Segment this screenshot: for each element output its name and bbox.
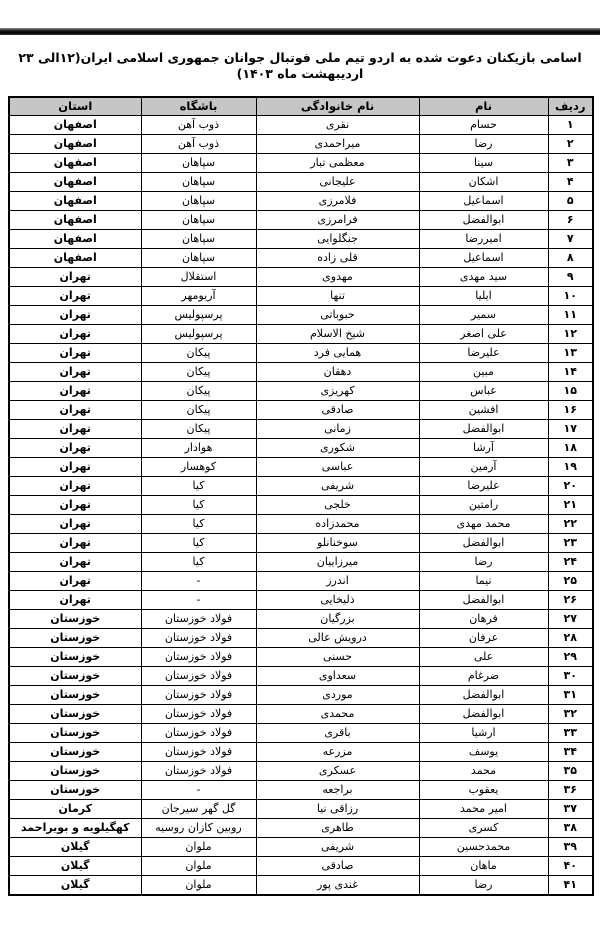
- cell-row-number: ۳۸: [548, 819, 593, 838]
- cell-club: فولاد خوزستان: [141, 648, 256, 667]
- cell-row-number: ۴۰: [548, 857, 593, 876]
- cell-last-name: صادقی: [256, 401, 419, 420]
- cell-row-number: ۲۲: [548, 515, 593, 534]
- cell-row-number: ۳۲: [548, 705, 593, 724]
- cell-last-name: کهریزی: [256, 382, 419, 401]
- cell-province: تهران: [9, 458, 141, 477]
- cell-province: اصفهان: [9, 249, 141, 268]
- cell-last-name: معظمی تبار: [256, 154, 419, 173]
- cell-province: اصفهان: [9, 230, 141, 249]
- table-row: ۲۶ ابوالفضل ذلیخایی - تهران: [9, 591, 593, 610]
- cell-last-name: سوخنانلو: [256, 534, 419, 553]
- cell-province: خوزستان: [9, 724, 141, 743]
- table-row: ۱۰ ایلیا تنها آریومهر تهران: [9, 287, 593, 306]
- cell-first-name: اسماعیل: [419, 249, 548, 268]
- cell-last-name: باقری: [256, 724, 419, 743]
- cell-club: فولاد خوزستان: [141, 705, 256, 724]
- cell-club: سپاهان: [141, 211, 256, 230]
- cell-row-number: ۱۲: [548, 325, 593, 344]
- cell-club: کیا: [141, 496, 256, 515]
- cell-first-name: فرهان: [419, 610, 548, 629]
- table-row: ۳۲ ابوالفضل محمدی فولاد خوزستان خوزستان: [9, 705, 593, 724]
- cell-row-number: ۳۰: [548, 667, 593, 686]
- cell-club: فولاد خوزستان: [141, 610, 256, 629]
- cell-first-name: ابوالفضل: [419, 591, 548, 610]
- cell-last-name: تنها: [256, 287, 419, 306]
- cell-first-name: یعقوب: [419, 781, 548, 800]
- cell-last-name: فلامرزی: [256, 192, 419, 211]
- table-row: ۳۷ امیر محمد رزاقی نیا گل گهر سیرجان کرم…: [9, 800, 593, 819]
- cell-last-name: حسنی: [256, 648, 419, 667]
- cell-province: تهران: [9, 439, 141, 458]
- cell-province: تهران: [9, 401, 141, 420]
- cell-province: تهران: [9, 363, 141, 382]
- cell-club: هوادار: [141, 439, 256, 458]
- cell-row-number: ۳۵: [548, 762, 593, 781]
- cell-first-name: کسری: [419, 819, 548, 838]
- cell-club: کوهسار: [141, 458, 256, 477]
- cell-last-name: علیجانی: [256, 173, 419, 192]
- cell-row-number: ۳۳: [548, 724, 593, 743]
- table-row: ۲۴ رضا میرزاییان کیا تهران: [9, 553, 593, 572]
- table-row: ۴۱ رضا غندی پور ملوان گیلان: [9, 876, 593, 895]
- cell-club: سپاهان: [141, 249, 256, 268]
- cell-club: گل گهر سیرجان: [141, 800, 256, 819]
- cell-row-number: ۱۱: [548, 306, 593, 325]
- table-row: ۱۸ آرشا شکوری هوادار تهران: [9, 439, 593, 458]
- cell-province: خوزستان: [9, 762, 141, 781]
- cell-first-name: مبین: [419, 363, 548, 382]
- cell-club: پرسپولیس: [141, 306, 256, 325]
- table-row: ۱ حسام نقری ذوب آهن اصفهان: [9, 116, 593, 135]
- cell-province: کرمان: [9, 800, 141, 819]
- cell-last-name: همایی فرد: [256, 344, 419, 363]
- cell-club: فولاد خوزستان: [141, 762, 256, 781]
- table-row: ۲۲ محمد مهدی محمدزاده کیا تهران: [9, 515, 593, 534]
- cell-club: ذوب آهن: [141, 116, 256, 135]
- cell-row-number: ۱۵: [548, 382, 593, 401]
- cell-club: پیکان: [141, 344, 256, 363]
- cell-row-number: ۲: [548, 135, 593, 154]
- cell-row-number: ۲۱: [548, 496, 593, 515]
- cell-first-name: امیررضا: [419, 230, 548, 249]
- cell-province: گیلان: [9, 838, 141, 857]
- table-row: ۳۳ ارشیا باقری فولاد خوزستان خوزستان: [9, 724, 593, 743]
- player-table-body: ۱ حسام نقری ذوب آهن اصفهان ۲ رضا میراحمد…: [9, 116, 593, 895]
- cell-last-name: غندی پور: [256, 876, 419, 895]
- cell-last-name: محمدزاده: [256, 515, 419, 534]
- cell-row-number: ۲۹: [548, 648, 593, 667]
- cell-last-name: طاهری: [256, 819, 419, 838]
- table-row: ۳۹ محمدحسین شریفی ملوان گیلان: [9, 838, 593, 857]
- cell-first-name: آرشا: [419, 439, 548, 458]
- cell-first-name: رضا: [419, 553, 548, 572]
- cell-last-name: مهدوی: [256, 268, 419, 287]
- cell-row-number: ۳۷: [548, 800, 593, 819]
- table-row: ۳ سینا معظمی تبار سپاهان اصفهان: [9, 154, 593, 173]
- table-row: ۱۵ عباس کهریزی پیکان تهران: [9, 382, 593, 401]
- cell-club: پرسپولیس: [141, 325, 256, 344]
- cell-club: پیکان: [141, 401, 256, 420]
- cell-row-number: ۳۱: [548, 686, 593, 705]
- cell-last-name: مزرعه: [256, 743, 419, 762]
- cell-first-name: رامتین: [419, 496, 548, 515]
- cell-province: اصفهان: [9, 154, 141, 173]
- cell-first-name: ارشیا: [419, 724, 548, 743]
- header-row-number: ردیف: [548, 97, 593, 116]
- cell-row-number: ۲۳: [548, 534, 593, 553]
- cell-last-name: خلجی: [256, 496, 419, 515]
- cell-province: تهران: [9, 344, 141, 363]
- cell-club: فولاد خوزستان: [141, 743, 256, 762]
- cell-province: خوزستان: [9, 610, 141, 629]
- cell-last-name: جنگلوایی: [256, 230, 419, 249]
- cell-last-name: اندرز: [256, 572, 419, 591]
- table-row: ۱۹ آرمین عباسی کوهسار تهران: [9, 458, 593, 477]
- cell-row-number: ۵: [548, 192, 593, 211]
- cell-first-name: ضرغام: [419, 667, 548, 686]
- header-first-name: نام: [419, 97, 548, 116]
- cell-club: ذوب آهن: [141, 135, 256, 154]
- cell-club: -: [141, 591, 256, 610]
- cell-row-number: ۳۹: [548, 838, 593, 857]
- cell-last-name: شیخ الاسلام: [256, 325, 419, 344]
- cell-club: روبین کازان روسیه: [141, 819, 256, 838]
- cell-first-name: یوسف: [419, 743, 548, 762]
- cell-last-name: موردی: [256, 686, 419, 705]
- cell-first-name: ابوالفضل: [419, 686, 548, 705]
- cell-club: ملوان: [141, 838, 256, 857]
- cell-first-name: سمیر: [419, 306, 548, 325]
- table-header: ردیف نام نام خانوادگی باشگاه استان: [9, 97, 593, 116]
- cell-province: اصفهان: [9, 192, 141, 211]
- cell-first-name: محمد: [419, 762, 548, 781]
- cell-last-name: صادقی: [256, 857, 419, 876]
- cell-club: کیا: [141, 515, 256, 534]
- cell-club: -: [141, 572, 256, 591]
- table-row: ۲۵ نیما اندرز - تهران: [9, 572, 593, 591]
- cell-last-name: میراحمدی: [256, 135, 419, 154]
- cell-last-name: بزرگیان: [256, 610, 419, 629]
- cell-province: خوزستان: [9, 648, 141, 667]
- cell-club: استقلال: [141, 268, 256, 287]
- cell-province: تهران: [9, 420, 141, 439]
- cell-province: خوزستان: [9, 705, 141, 724]
- cell-row-number: ۲۵: [548, 572, 593, 591]
- cell-last-name: شریفی: [256, 838, 419, 857]
- cell-club: فولاد خوزستان: [141, 686, 256, 705]
- cell-last-name: عباسی: [256, 458, 419, 477]
- cell-last-name: محمدی: [256, 705, 419, 724]
- cell-province: گیلان: [9, 876, 141, 895]
- table-row: ۲۷ فرهان بزرگیان فولاد خوزستان خوزستان: [9, 610, 593, 629]
- cell-first-name: ایلیا: [419, 287, 548, 306]
- cell-last-name: ذلیخایی: [256, 591, 419, 610]
- cell-province: تهران: [9, 477, 141, 496]
- cell-last-name: دهقان: [256, 363, 419, 382]
- cell-province: تهران: [9, 325, 141, 344]
- header-club: باشگاه: [141, 97, 256, 116]
- cell-first-name: اسماعیل: [419, 192, 548, 211]
- cell-province: تهران: [9, 553, 141, 572]
- cell-last-name: رزاقی نیا: [256, 800, 419, 819]
- cell-first-name: سینا: [419, 154, 548, 173]
- table-row: ۳۱ ابوالفضل موردی فولاد خوزستان خوزستان: [9, 686, 593, 705]
- cell-row-number: ۴: [548, 173, 593, 192]
- table-row: ۲ رضا میراحمدی ذوب آهن اصفهان: [9, 135, 593, 154]
- table-row: ۱۳ علیرضا همایی فرد پیکان تهران: [9, 344, 593, 363]
- cell-first-name: علی اصغر: [419, 325, 548, 344]
- cell-club: کیا: [141, 477, 256, 496]
- table-row: ۲۳ ابوالفضل سوخنانلو کیا تهران: [9, 534, 593, 553]
- cell-first-name: ابوالفضل: [419, 705, 548, 724]
- cell-first-name: ابوالفضل: [419, 534, 548, 553]
- cell-last-name: درویش عالی: [256, 629, 419, 648]
- cell-first-name: علی: [419, 648, 548, 667]
- cell-club: کیا: [141, 534, 256, 553]
- cell-last-name: فرامرزی: [256, 211, 419, 230]
- cell-first-name: علیرضا: [419, 477, 548, 496]
- table-row: ۱۱ سمیر حبوباتی پرسپولیس تهران: [9, 306, 593, 325]
- cell-row-number: ۳: [548, 154, 593, 173]
- cell-club: کیا: [141, 553, 256, 572]
- top-divider-bar: [0, 28, 600, 35]
- cell-last-name: زمانی: [256, 420, 419, 439]
- cell-first-name: امیر محمد: [419, 800, 548, 819]
- cell-last-name: نقری: [256, 116, 419, 135]
- table-row: ۲۸ عرفان درویش عالی فولاد خوزستان خوزستا…: [9, 629, 593, 648]
- cell-province: تهران: [9, 287, 141, 306]
- cell-row-number: ۲۷: [548, 610, 593, 629]
- cell-row-number: ۱۰: [548, 287, 593, 306]
- cell-club: فولاد خوزستان: [141, 629, 256, 648]
- cell-first-name: اشکان: [419, 173, 548, 192]
- cell-row-number: ۴۱: [548, 876, 593, 895]
- table-row: ۷ امیررضا جنگلوایی سپاهان اصفهان: [9, 230, 593, 249]
- cell-first-name: ماهان: [419, 857, 548, 876]
- cell-row-number: ۲۴: [548, 553, 593, 572]
- cell-club: -: [141, 781, 256, 800]
- cell-club: فولاد خوزستان: [141, 667, 256, 686]
- table-row: ۳۶ یعقوب براجعه - خوزستان: [9, 781, 593, 800]
- cell-province: کهگیلویه و بویراحمد: [9, 819, 141, 838]
- page-title: اسامی بازیکنان دعوت شده به اردو تیم ملی …: [6, 50, 594, 83]
- cell-club: سپاهان: [141, 192, 256, 211]
- cell-province: تهران: [9, 496, 141, 515]
- cell-last-name: براجعه: [256, 781, 419, 800]
- table-row: ۳۰ ضرغام سعداوی فولاد خوزستان خوزستان: [9, 667, 593, 686]
- table-row: ۱۷ ابوالفضل زمانی پیکان تهران: [9, 420, 593, 439]
- table-row: ۱۲ علی اصغر شیخ الاسلام پرسپولیس تهران: [9, 325, 593, 344]
- cell-row-number: ۹: [548, 268, 593, 287]
- cell-last-name: شریفی: [256, 477, 419, 496]
- cell-club: فولاد خوزستان: [141, 724, 256, 743]
- cell-first-name: عرفان: [419, 629, 548, 648]
- cell-club: سپاهان: [141, 173, 256, 192]
- table-row: ۱۴ مبین دهقان پیکان تهران: [9, 363, 593, 382]
- cell-first-name: محمد مهدی: [419, 515, 548, 534]
- cell-row-number: ۲۶: [548, 591, 593, 610]
- cell-province: تهران: [9, 382, 141, 401]
- table-row: ۲۹ علی حسنی فولاد خوزستان خوزستان: [9, 648, 593, 667]
- cell-last-name: عسکری: [256, 762, 419, 781]
- table-row: ۶ ابوالفضل فرامرزی سپاهان اصفهان: [9, 211, 593, 230]
- cell-province: خوزستان: [9, 781, 141, 800]
- cell-row-number: ۱۹: [548, 458, 593, 477]
- cell-first-name: عباس: [419, 382, 548, 401]
- cell-first-name: نیما: [419, 572, 548, 591]
- cell-last-name: شکوری: [256, 439, 419, 458]
- cell-province: خوزستان: [9, 686, 141, 705]
- cell-first-name: سید مهدی: [419, 268, 548, 287]
- cell-row-number: ۸: [548, 249, 593, 268]
- table-row: ۴ اشکان علیجانی سپاهان اصفهان: [9, 173, 593, 192]
- cell-province: اصفهان: [9, 173, 141, 192]
- cell-last-name: سعداوی: [256, 667, 419, 686]
- players-table: ردیف نام نام خانوادگی باشگاه استان ۱ حسا…: [8, 96, 594, 896]
- cell-row-number: ۳۶: [548, 781, 593, 800]
- cell-row-number: ۲۸: [548, 629, 593, 648]
- cell-first-name: ابوالفضل: [419, 420, 548, 439]
- cell-club: ملوان: [141, 876, 256, 895]
- cell-row-number: ۷: [548, 230, 593, 249]
- table-row: ۳۸ کسری طاهری روبین کازان روسیه کهگیلویه…: [9, 819, 593, 838]
- table-row: ۲۱ رامتین خلجی کیا تهران: [9, 496, 593, 515]
- cell-province: تهران: [9, 268, 141, 287]
- cell-first-name: افشین: [419, 401, 548, 420]
- cell-province: خوزستان: [9, 667, 141, 686]
- cell-province: خوزستان: [9, 629, 141, 648]
- cell-row-number: ۱۸: [548, 439, 593, 458]
- table-row: ۹ سید مهدی مهدوی استقلال تهران: [9, 268, 593, 287]
- cell-province: اصفهان: [9, 135, 141, 154]
- cell-club: آریومهر: [141, 287, 256, 306]
- table-row: ۸ اسماعیل قلی زاده سپاهان اصفهان: [9, 249, 593, 268]
- cell-province: تهران: [9, 534, 141, 553]
- cell-province: اصفهان: [9, 211, 141, 230]
- cell-first-name: رضا: [419, 876, 548, 895]
- cell-club: پیکان: [141, 420, 256, 439]
- table-row: ۲۰ علیرضا شریفی کیا تهران: [9, 477, 593, 496]
- cell-province: خوزستان: [9, 743, 141, 762]
- cell-club: پیکان: [141, 363, 256, 382]
- cell-row-number: ۲۰: [548, 477, 593, 496]
- cell-first-name: آرمین: [419, 458, 548, 477]
- cell-first-name: محمدحسین: [419, 838, 548, 857]
- header-province: استان: [9, 97, 141, 116]
- cell-province: تهران: [9, 572, 141, 591]
- cell-last-name: قلی زاده: [256, 249, 419, 268]
- cell-row-number: ۱۷: [548, 420, 593, 439]
- cell-club: سپاهان: [141, 154, 256, 173]
- cell-club: ملوان: [141, 857, 256, 876]
- cell-province: گیلان: [9, 857, 141, 876]
- table-row: ۴۰ ماهان صادقی ملوان گیلان: [9, 857, 593, 876]
- table-row: ۵ اسماعیل فلامرزی سپاهان اصفهان: [9, 192, 593, 211]
- cell-row-number: ۱۳: [548, 344, 593, 363]
- cell-last-name: میرزاییان: [256, 553, 419, 572]
- cell-club: سپاهان: [141, 230, 256, 249]
- cell-province: تهران: [9, 591, 141, 610]
- header-row: ردیف نام نام خانوادگی باشگاه استان: [9, 97, 593, 116]
- cell-first-name: رضا: [419, 135, 548, 154]
- cell-province: تهران: [9, 515, 141, 534]
- cell-province: اصفهان: [9, 116, 141, 135]
- table-row: ۳۵ محمد عسکری فولاد خوزستان خوزستان: [9, 762, 593, 781]
- cell-row-number: ۶: [548, 211, 593, 230]
- cell-last-name: حبوباتی: [256, 306, 419, 325]
- cell-row-number: ۱۴: [548, 363, 593, 382]
- cell-first-name: ابوالفضل: [419, 211, 548, 230]
- cell-row-number: ۱۶: [548, 401, 593, 420]
- cell-first-name: حسام: [419, 116, 548, 135]
- cell-row-number: ۱: [548, 116, 593, 135]
- table-row: ۳۴ یوسف مزرعه فولاد خوزستان خوزستان: [9, 743, 593, 762]
- cell-club: پیکان: [141, 382, 256, 401]
- cell-first-name: علیرضا: [419, 344, 548, 363]
- header-last-name: نام خانوادگی: [256, 97, 419, 116]
- table-row: ۱۶ افشین صادقی پیکان تهران: [9, 401, 593, 420]
- cell-province: تهران: [9, 306, 141, 325]
- cell-row-number: ۳۴: [548, 743, 593, 762]
